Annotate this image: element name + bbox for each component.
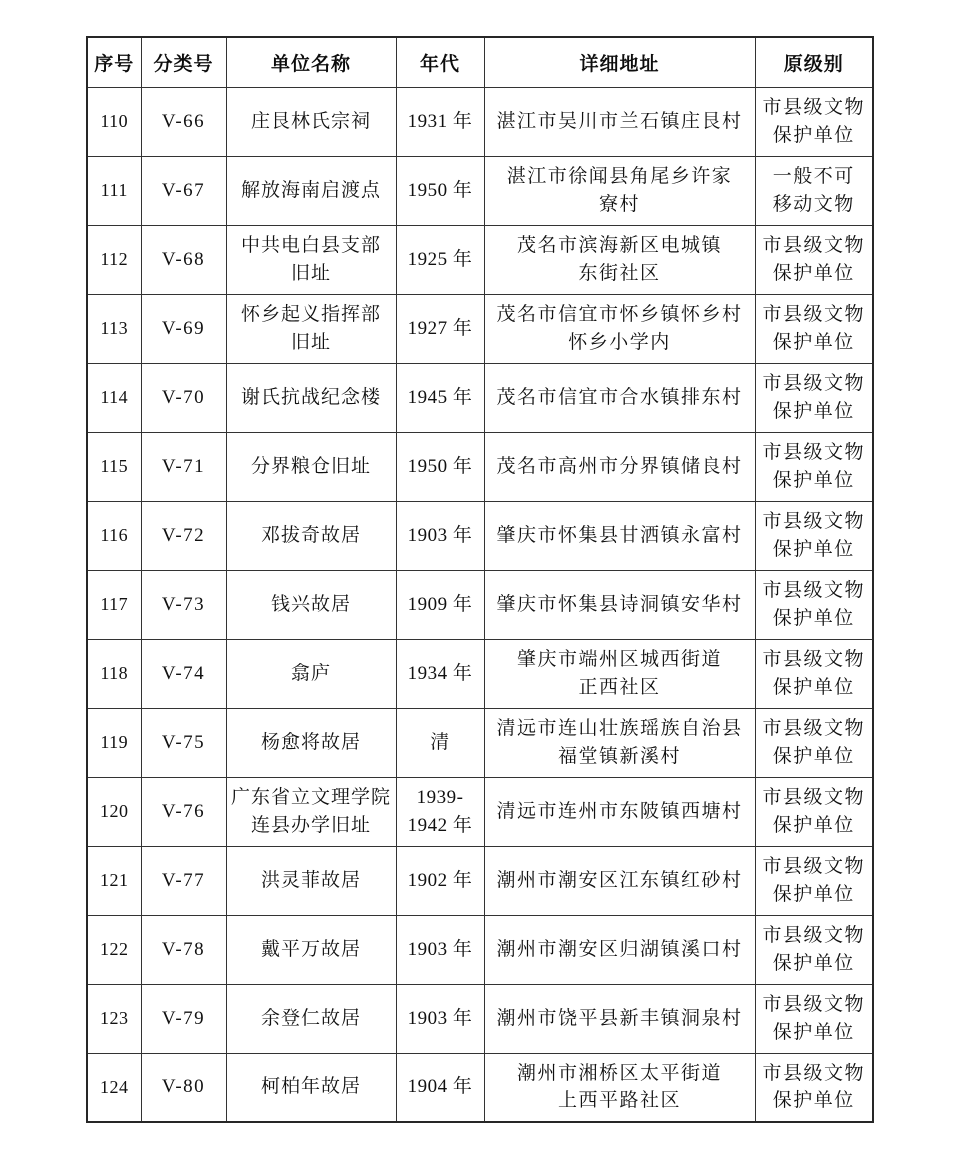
table-row: 111 V-67 解放海南启渡点 1950 年 湛江市徐闻县角尾乡许家 寮村 一… bbox=[87, 156, 873, 225]
cell-level: 市县级文物 保护单位 bbox=[755, 915, 873, 984]
cell-address: 清远市连山壮族瑶族自治县 福堂镇新溪村 bbox=[484, 708, 755, 777]
cell-level: 市县级文物 保护单位 bbox=[755, 294, 873, 363]
table-row: 113 V-69 怀乡起义指挥部 旧址 1927 年 茂名市信宜市怀乡镇怀乡村 … bbox=[87, 294, 873, 363]
cell-name: 谢氏抗战纪念楼 bbox=[226, 363, 396, 432]
cell-level: 市县级文物 保护单位 bbox=[755, 501, 873, 570]
table-row: 121 V-77 洪灵菲故居 1902 年 潮州市潮安区江东镇红砂村 市县级文物… bbox=[87, 846, 873, 915]
header-row: 序号 分类号 单位名称 年代 详细地址 原级别 bbox=[87, 37, 873, 87]
cell-era: 1950 年 bbox=[396, 156, 484, 225]
cell-class-no: V-79 bbox=[141, 984, 226, 1053]
cell-name: 庄艮林氏宗祠 bbox=[226, 87, 396, 156]
cell-era: 1902 年 bbox=[396, 846, 484, 915]
cell-level: 市县级文物 保护单位 bbox=[755, 225, 873, 294]
cell-serial: 119 bbox=[87, 708, 141, 777]
col-header-address: 详细地址 bbox=[484, 37, 755, 87]
table-header: 序号 分类号 单位名称 年代 详细地址 原级别 bbox=[87, 37, 873, 87]
cell-era: 1934 年 bbox=[396, 639, 484, 708]
cell-class-no: V-75 bbox=[141, 708, 226, 777]
cell-class-no: V-69 bbox=[141, 294, 226, 363]
table-row: 118 V-74 翕庐 1934 年 肇庆市端州区城西街道 正西社区 市县级文物… bbox=[87, 639, 873, 708]
cell-level: 市县级文物 保护单位 bbox=[755, 363, 873, 432]
cell-address: 茂名市滨海新区电城镇 东街社区 bbox=[484, 225, 755, 294]
cell-name: 分界粮仓旧址 bbox=[226, 432, 396, 501]
table-row: 110 V-66 庄艮林氏宗祠 1931 年 湛江市吴川市兰石镇庄艮村 市县级文… bbox=[87, 87, 873, 156]
cell-name: 怀乡起义指挥部 旧址 bbox=[226, 294, 396, 363]
cell-class-no: V-71 bbox=[141, 432, 226, 501]
cell-address: 潮州市潮安区江东镇红砂村 bbox=[484, 846, 755, 915]
cell-level: 市县级文物 保护单位 bbox=[755, 639, 873, 708]
cell-serial: 115 bbox=[87, 432, 141, 501]
cell-name: 钱兴故居 bbox=[226, 570, 396, 639]
cell-serial: 123 bbox=[87, 984, 141, 1053]
table-row: 117 V-73 钱兴故居 1909 年 肇庆市怀集县诗洞镇安华村 市县级文物 … bbox=[87, 570, 873, 639]
cell-era: 1903 年 bbox=[396, 501, 484, 570]
cell-level: 一般不可 移动文物 bbox=[755, 156, 873, 225]
cell-class-no: V-76 bbox=[141, 777, 226, 846]
cell-address: 潮州市饶平县新丰镇洞泉村 bbox=[484, 984, 755, 1053]
cell-address: 湛江市吴川市兰石镇庄艮村 bbox=[484, 87, 755, 156]
cell-serial: 121 bbox=[87, 846, 141, 915]
cell-serial: 113 bbox=[87, 294, 141, 363]
cell-name: 柯柏年故居 bbox=[226, 1053, 396, 1122]
cell-serial: 120 bbox=[87, 777, 141, 846]
cell-level: 市县级文物 保护单位 bbox=[755, 1053, 873, 1122]
cell-serial: 111 bbox=[87, 156, 141, 225]
cell-address: 茂名市信宜市合水镇排东村 bbox=[484, 363, 755, 432]
cell-era: 1925 年 bbox=[396, 225, 484, 294]
cell-name: 杨愈将故居 bbox=[226, 708, 396, 777]
cell-address: 肇庆市端州区城西街道 正西社区 bbox=[484, 639, 755, 708]
cell-era: 1950 年 bbox=[396, 432, 484, 501]
cell-class-no: V-73 bbox=[141, 570, 226, 639]
cell-name: 解放海南启渡点 bbox=[226, 156, 396, 225]
table-row: 119 V-75 杨愈将故居 清 清远市连山壮族瑶族自治县 福堂镇新溪村 市县级… bbox=[87, 708, 873, 777]
cell-class-no: V-68 bbox=[141, 225, 226, 294]
cell-address: 清远市连州市东陂镇西塘村 bbox=[484, 777, 755, 846]
cell-name: 戴平万故居 bbox=[226, 915, 396, 984]
cell-address: 茂名市信宜市怀乡镇怀乡村 怀乡小学内 bbox=[484, 294, 755, 363]
cell-era: 1903 年 bbox=[396, 984, 484, 1053]
heritage-sites-table: 序号 分类号 单位名称 年代 详细地址 原级别 110 V-66 庄艮林氏宗祠 … bbox=[86, 36, 874, 1123]
table-row: 116 V-72 邓拔奇故居 1903 年 肇庆市怀集县甘洒镇永富村 市县级文物… bbox=[87, 501, 873, 570]
cell-era: 1931 年 bbox=[396, 87, 484, 156]
cell-serial: 114 bbox=[87, 363, 141, 432]
cell-level: 市县级文物 保护单位 bbox=[755, 87, 873, 156]
cell-era: 1904 年 bbox=[396, 1053, 484, 1122]
cell-serial: 117 bbox=[87, 570, 141, 639]
cell-serial: 112 bbox=[87, 225, 141, 294]
table-row: 123 V-79 余登仁故居 1903 年 潮州市饶平县新丰镇洞泉村 市县级文物… bbox=[87, 984, 873, 1053]
cell-address: 潮州市湘桥区太平街道 上西平路社区 bbox=[484, 1053, 755, 1122]
cell-class-no: V-78 bbox=[141, 915, 226, 984]
cell-class-no: V-66 bbox=[141, 87, 226, 156]
cell-name: 翕庐 bbox=[226, 639, 396, 708]
cell-class-no: V-67 bbox=[141, 156, 226, 225]
cell-level: 市县级文物 保护单位 bbox=[755, 846, 873, 915]
cell-serial: 116 bbox=[87, 501, 141, 570]
cell-class-no: V-77 bbox=[141, 846, 226, 915]
table-row: 115 V-71 分界粮仓旧址 1950 年 茂名市高州市分界镇储良村 市县级文… bbox=[87, 432, 873, 501]
table-row: 112 V-68 中共电白县支部 旧址 1925 年 茂名市滨海新区电城镇 东街… bbox=[87, 225, 873, 294]
cell-serial: 118 bbox=[87, 639, 141, 708]
cell-class-no: V-70 bbox=[141, 363, 226, 432]
col-header-serial: 序号 bbox=[87, 37, 141, 87]
cell-era: 1903 年 bbox=[396, 915, 484, 984]
col-header-class-no: 分类号 bbox=[141, 37, 226, 87]
cell-era: 1945 年 bbox=[396, 363, 484, 432]
cell-level: 市县级文物 保护单位 bbox=[755, 708, 873, 777]
col-header-era: 年代 bbox=[396, 37, 484, 87]
cell-address: 肇庆市怀集县诗洞镇安华村 bbox=[484, 570, 755, 639]
cell-address: 潮州市潮安区归湖镇溪口村 bbox=[484, 915, 755, 984]
cell-name: 邓拔奇故居 bbox=[226, 501, 396, 570]
col-header-name: 单位名称 bbox=[226, 37, 396, 87]
cell-era: 1909 年 bbox=[396, 570, 484, 639]
table-row: 124 V-80 柯柏年故居 1904 年 潮州市湘桥区太平街道 上西平路社区 … bbox=[87, 1053, 873, 1122]
cell-level: 市县级文物 保护单位 bbox=[755, 984, 873, 1053]
cell-name: 洪灵菲故居 bbox=[226, 846, 396, 915]
cell-level: 市县级文物 保护单位 bbox=[755, 432, 873, 501]
cell-era: 1939- 1942 年 bbox=[396, 777, 484, 846]
document-page: 序号 分类号 单位名称 年代 详细地址 原级别 110 V-66 庄艮林氏宗祠 … bbox=[0, 0, 956, 1154]
cell-level: 市县级文物 保护单位 bbox=[755, 777, 873, 846]
cell-serial: 124 bbox=[87, 1053, 141, 1122]
table-row: 122 V-78 戴平万故居 1903 年 潮州市潮安区归湖镇溪口村 市县级文物… bbox=[87, 915, 873, 984]
col-header-level: 原级别 bbox=[755, 37, 873, 87]
cell-class-no: V-72 bbox=[141, 501, 226, 570]
cell-class-no: V-80 bbox=[141, 1053, 226, 1122]
cell-era: 清 bbox=[396, 708, 484, 777]
table-row: 120 V-76 广东省立文理学院 连县办学旧址 1939- 1942 年 清远… bbox=[87, 777, 873, 846]
cell-level: 市县级文物 保护单位 bbox=[755, 570, 873, 639]
cell-serial: 122 bbox=[87, 915, 141, 984]
table-body: 110 V-66 庄艮林氏宗祠 1931 年 湛江市吴川市兰石镇庄艮村 市县级文… bbox=[87, 87, 873, 1122]
cell-name: 余登仁故居 bbox=[226, 984, 396, 1053]
cell-class-no: V-74 bbox=[141, 639, 226, 708]
cell-name: 广东省立文理学院 连县办学旧址 bbox=[226, 777, 396, 846]
table-row: 114 V-70 谢氏抗战纪念楼 1945 年 茂名市信宜市合水镇排东村 市县级… bbox=[87, 363, 873, 432]
cell-address: 茂名市高州市分界镇储良村 bbox=[484, 432, 755, 501]
cell-era: 1927 年 bbox=[396, 294, 484, 363]
cell-address: 湛江市徐闻县角尾乡许家 寮村 bbox=[484, 156, 755, 225]
cell-address: 肇庆市怀集县甘洒镇永富村 bbox=[484, 501, 755, 570]
cell-serial: 110 bbox=[87, 87, 141, 156]
cell-name: 中共电白县支部 旧址 bbox=[226, 225, 396, 294]
